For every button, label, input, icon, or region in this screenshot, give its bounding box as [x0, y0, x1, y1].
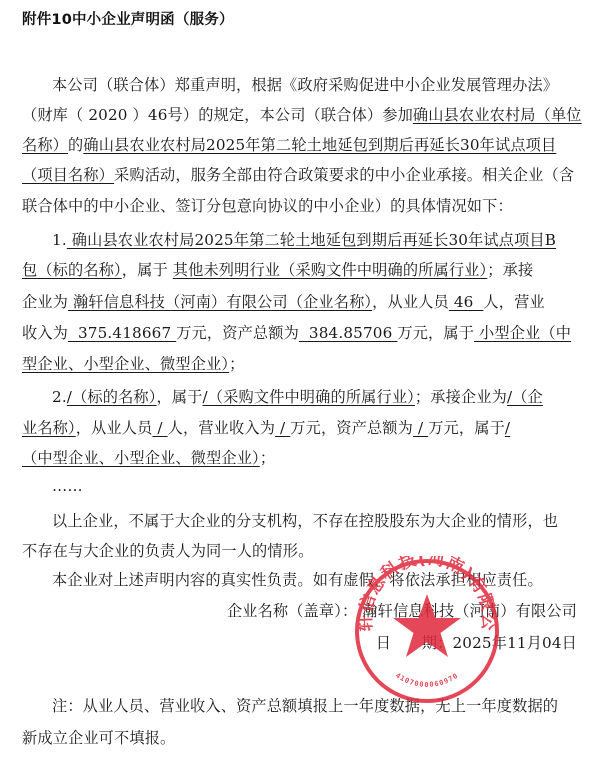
- company-seal-value: 瀚轩信息科技（河南）有限公司: [362, 602, 577, 620]
- revenue-field: /: [275, 419, 290, 437]
- item-text: 万元，资产总额为: [176, 324, 299, 342]
- purchaser-name-field: 名称）: [22, 136, 68, 154]
- item-text: ；: [229, 355, 244, 373]
- item1-line-3: 企业为 瀚轩信息科技（河南）有限公司（企业名称），从业人员 46 人，营业: [22, 292, 545, 312]
- company-name-field: /（企: [507, 388, 543, 406]
- employees-field: 46: [449, 293, 484, 311]
- item-text: ，从业人员: [76, 419, 153, 437]
- enterprise-size-field: 小型企业（中: [474, 324, 571, 342]
- industry-field: 其他未列明行业（采购文件中明确的所属行业）: [173, 261, 488, 279]
- item-text: ，属于: [157, 388, 203, 406]
- signature-date: 日 期：2025年11月04日: [376, 633, 577, 653]
- company-seal-label: 企业名称（盖章）：: [227, 602, 357, 620]
- item-text: 人，营业: [483, 293, 544, 311]
- item-text: 收入为: [22, 324, 68, 342]
- note-line-1: 注：从业人员、营业收入、资产总额填报上一年度数据，无上一年度数据的: [52, 696, 558, 716]
- item2-line-1: 2./（标的名称），属于/（采购文件中明确的所属行业）；承接企业为/（企: [52, 387, 543, 407]
- item-text: 万元，资产总额为: [290, 419, 413, 437]
- signature-company: 企业名称（盖章）： 瀚轩信息科技（河南）有限公司: [227, 601, 577, 621]
- item1-line-5: 型企业、小型企业、微型企业）；: [22, 354, 244, 374]
- statement-line-1: 以上企业，不属于大企业的分支机构，不存在控股股东为大企业的情形，也: [52, 511, 558, 531]
- statement-line-3: 本企业对上述声明内容的真实性负责。如有虚假，将依法承担相应责任。: [52, 570, 543, 590]
- item-number: 1.: [52, 231, 67, 249]
- item-text: ，从业人员: [372, 293, 449, 311]
- enterprise-size-field: /: [505, 419, 510, 437]
- item-text: 人，营业收入为: [168, 419, 275, 437]
- ellipsis: ……: [52, 476, 83, 496]
- project-name-field: 确山县农业农村局2025年第二轮土地延包到期后再延长30年试点项目: [83, 136, 556, 154]
- note-line-2: 新成立企业可不填报。: [22, 728, 175, 748]
- item1-line-1: 1. 确山县农业农村局2025年第二轮土地延包到期后再延长30年试点项目B: [52, 230, 556, 250]
- date-label: 日 期：: [376, 634, 453, 652]
- intro-text: （财库（ 2020 ）46号）的规定，本公司（联合体）参加: [22, 106, 413, 124]
- intro-text: 本公司（联合体）郑重声明，根据《政府采购促进中小企业发展管理办法》: [52, 76, 558, 94]
- project-name-field: （项目名称）: [22, 166, 114, 184]
- item1-line-4: 收入为 375.418667 万元，资产总额为 384.85706 万元，属于 …: [22, 323, 571, 343]
- purchaser-name-field: 确山县农业农村局（单位: [413, 106, 582, 124]
- item-text: 万元，属于: [397, 324, 474, 342]
- item-text: ；承接: [487, 261, 533, 279]
- company-name-field: 业名称）: [22, 419, 76, 437]
- employees-field: /: [152, 419, 167, 437]
- intro-text: 采购活动，服务全部由符合政策要求的中小企业承接。相关企业（含: [114, 166, 574, 184]
- intro-line-1: 本公司（联合体）郑重声明，根据《政府采购促进中小企业发展管理办法》: [52, 75, 558, 95]
- declaration-document: 附件10中小企业声明函（服务） 本公司（联合体）郑重声明，根据《政府采购促进中小…: [0, 0, 607, 763]
- item-text: ；承接企业为: [415, 388, 507, 406]
- date-value: 2025年11月04日: [452, 634, 577, 652]
- item-text: 企业为: [22, 293, 68, 311]
- item2-line-3: （中型企业、小型企业、微型企业）；: [22, 448, 275, 468]
- lot-name-field: /（标的名称）: [67, 388, 157, 406]
- industry-field: /（采购文件中明确的所属行业）: [203, 388, 415, 406]
- stamp-code-text: 4107000060970: [394, 672, 460, 689]
- item2-line-2: 业名称），从业人员 / 人，营业收入为 / 万元，资产总额为 / 万元，属于/: [22, 418, 510, 438]
- intro-line-2: （财库（ 2020 ）46号）的规定，本公司（联合体）参加确山县农业农村局（单位: [22, 105, 582, 125]
- intro-line-4: （项目名称）采购活动，服务全部由符合政策要求的中小企业承接。相关企业（含: [22, 165, 574, 185]
- document-title: 附件10中小企业声明函（服务）: [22, 8, 234, 29]
- lot-name-field: 包（标的名称）: [22, 261, 122, 279]
- intro-text: 联合体中的中小企业、签订分包意向协议的中小企业）的具体情况如下：: [22, 197, 513, 215]
- item-text: ，属于: [122, 261, 173, 279]
- statement-line-2: 不存在与大企业的负责人为同一人的情形。: [22, 541, 313, 561]
- item-text: 万元，属于: [428, 419, 505, 437]
- assets-field: 384.85706: [299, 324, 397, 342]
- revenue-field: 375.418667: [68, 324, 176, 342]
- item-text: ；: [260, 449, 275, 467]
- assets-field: /: [413, 419, 428, 437]
- company-name-field: 瀚轩信息科技（河南）有限公司（企业名称）: [68, 293, 372, 311]
- item1-line-2: 包（标的名称），属于 其他未列明行业（采购文件中明确的所属行业）；承接: [22, 260, 533, 280]
- enterprise-size-field: 型企业、小型企业、微型企业）: [22, 355, 229, 373]
- intro-line-3: 名称）的确山县农业农村局2025年第二轮土地延包到期后再延长30年试点项目: [22, 135, 556, 155]
- intro-text: 的: [68, 136, 83, 154]
- intro-line-5: 联合体中的中小企业、签订分包意向协议的中小企业）的具体情况如下：: [22, 196, 513, 216]
- lot-name-field: 确山县农业农村局2025年第二轮土地延包到期后再延长30年试点项目B: [67, 231, 556, 249]
- item-number: 2.: [52, 388, 67, 406]
- enterprise-size-field: （中型企业、小型企业、微型企业）: [22, 449, 260, 467]
